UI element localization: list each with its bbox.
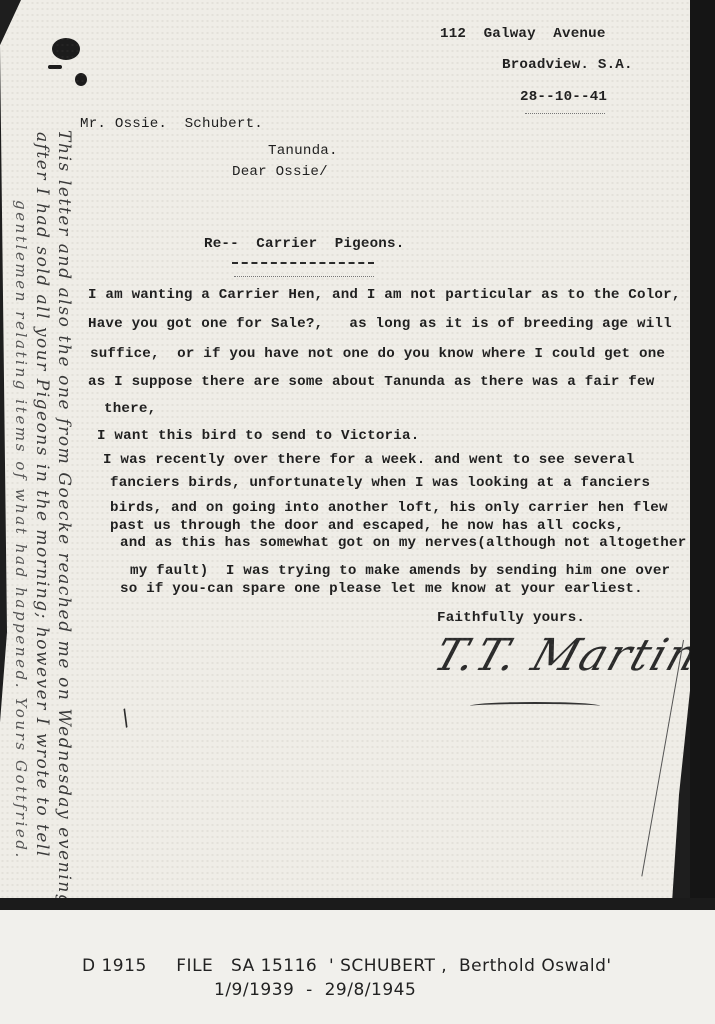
body-line: past us through the door and escaped, he… <box>110 518 624 534</box>
subject-line: Re-- Carrier Pigeons. <box>204 236 404 252</box>
salutation: Dear Ossie/ <box>232 164 328 180</box>
body-line: my fault) I was trying to make amends by… <box>130 563 670 579</box>
letter-page: 112 Galway Avenue Broadview. S.A. 28--10… <box>0 0 700 903</box>
pencil-mark: / <box>117 706 134 732</box>
body-line: I want this bird to send to Victoria. <box>97 428 419 444</box>
body-line: so if you-can spare one please let me kn… <box>120 581 643 597</box>
body-line: suffice, or if you have not one do you k… <box>90 346 665 362</box>
body-line: birds, and on going into another loft, h… <box>110 500 668 516</box>
archive-date-range: 1/9/1939 - 29/8/1945 <box>214 980 416 1000</box>
margin-note-line: gentlemen relating items of what had hap… <box>12 200 30 860</box>
archive-reference: D 1915 FILE SA 15116 ' SCHUBERT , Bertho… <box>82 956 612 976</box>
archive-label: D 1915 FILE SA 15116 ' SCHUBERT , Bertho… <box>0 910 715 1024</box>
body-line: there, <box>104 401 156 417</box>
ink-blot <box>48 65 62 69</box>
date-underline <box>525 113 605 114</box>
ink-blot <box>52 38 80 60</box>
recipient-town: Tanunda. <box>268 143 338 159</box>
subject-underline-dotted <box>234 276 374 277</box>
body-line: as I suppose there are some about Tanund… <box>88 374 654 390</box>
closing: Faithfully yours. <box>437 610 585 626</box>
scan-divider <box>0 898 715 910</box>
ink-blot <box>75 73 87 86</box>
subject-underline <box>232 262 374 264</box>
margin-note-line: This letter and also the one from Goecke… <box>54 130 74 906</box>
body-line: I am wanting a Carrier Hen, and I am not… <box>88 287 681 303</box>
body-line: and as this has somewhat got on my nerve… <box>120 535 686 551</box>
margin-note-line: after I had sold all your Pigeons in the… <box>32 132 52 858</box>
body-line: fanciers birds, unfortunately when I was… <box>110 475 650 491</box>
recipient-name: Mr. Ossie. Schubert. <box>80 116 263 132</box>
body-line: Have you got one for Sale?, as long as i… <box>88 316 672 332</box>
sender-street: 112 Galway Avenue <box>440 26 606 42</box>
letter-date: 28--10--41 <box>520 89 607 105</box>
body-line: I was recently over there for a week. an… <box>103 452 635 468</box>
sender-suburb: Broadview. S.A. <box>502 57 633 73</box>
signature: T.T. Martin <box>428 630 707 681</box>
scan-edge <box>690 0 715 905</box>
signature-flourish <box>470 702 600 710</box>
